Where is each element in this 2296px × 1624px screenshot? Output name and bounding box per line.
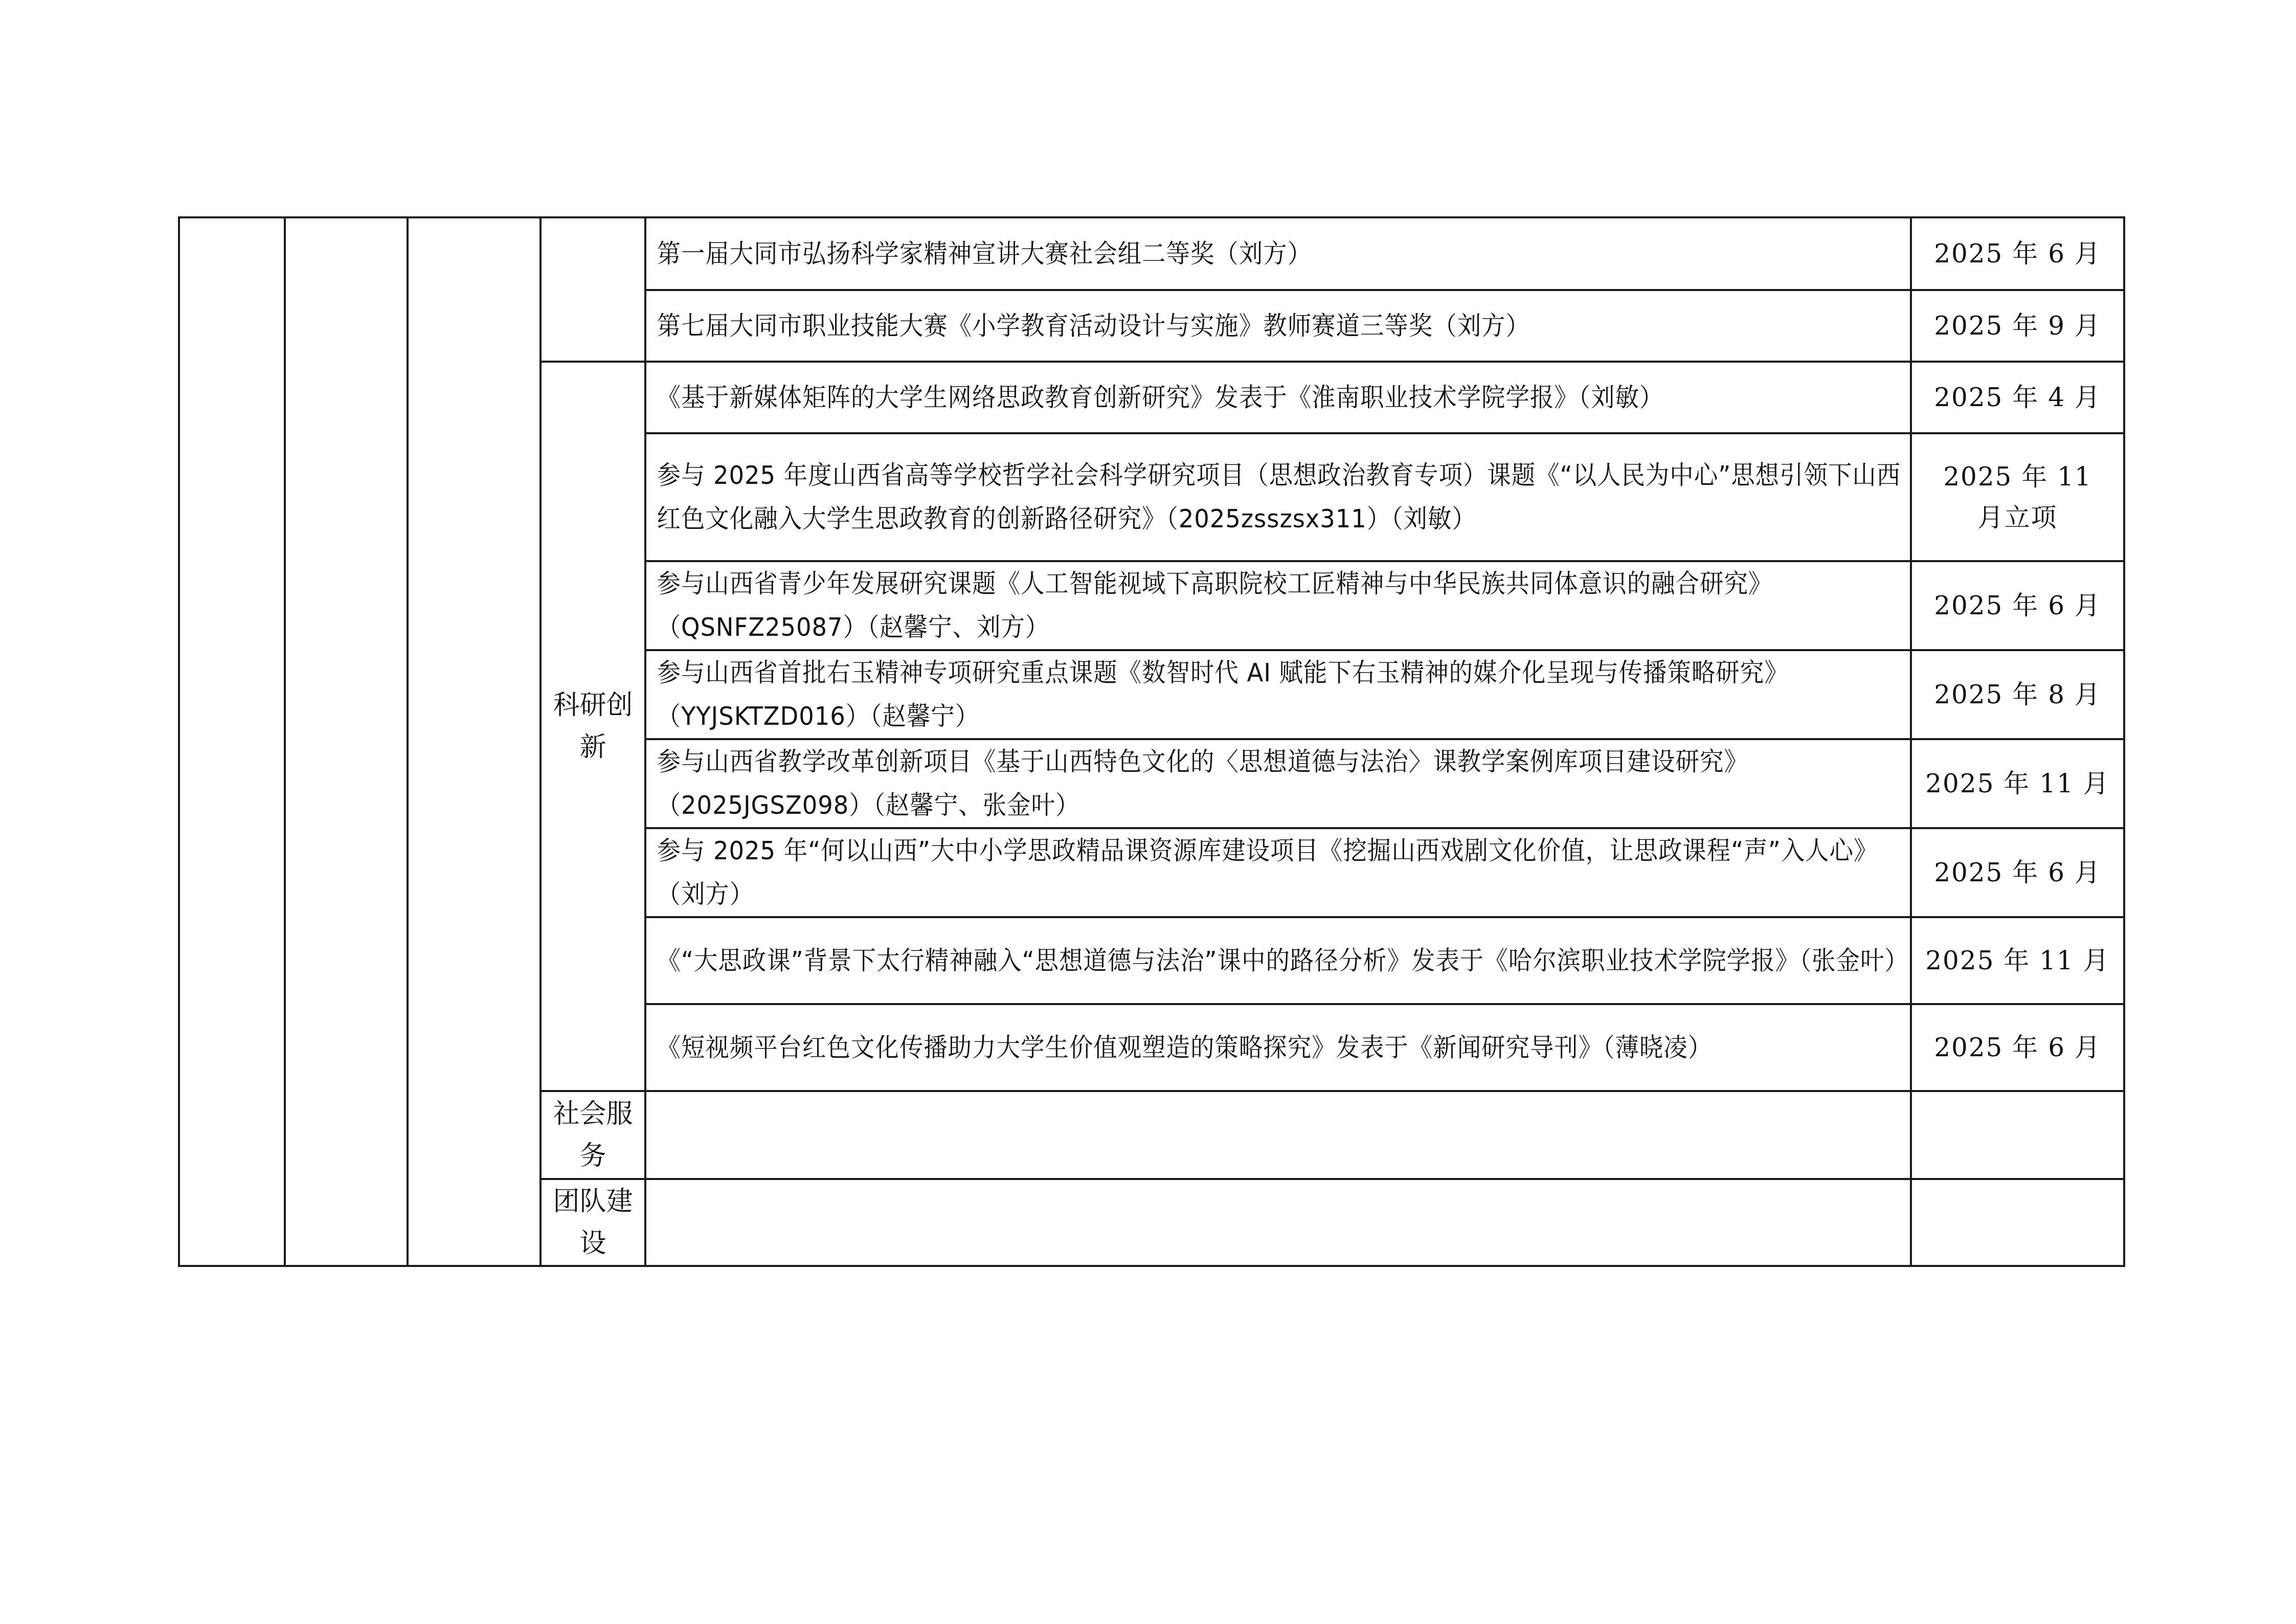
achievement-cell: 参与 2025 年“何以山西”大中小学思政精品课资源库建设项目《挖掘山西戏剧文化… [645, 828, 1911, 917]
achievement-cell: 《“大思政课”背景下太行精神融入“思想道德与法治”课中的路径分析》发表于《哈尔滨… [645, 917, 1911, 1004]
date-cell: 2025 年 11 月 [1911, 739, 2124, 828]
category-cell-research: 科研创新 [541, 362, 645, 1091]
date-cell: 2025 年 6 月 [1911, 217, 2124, 290]
achievement-cell: 参与山西省教学改革创新项目《基于山西特色文化的〈思想道德与法治〉课教学案例库项目… [645, 739, 1911, 828]
date-cell: 2025 年 11 月 [1911, 917, 2124, 1004]
blank-column-1 [179, 217, 285, 1266]
document-page: 第一届大同市弘扬科学家精神宣讲大赛社会组二等奖（刘方） 2025 年 6 月 第… [0, 0, 2296, 1624]
category-cell-social-service: 社会服务 [541, 1091, 645, 1179]
blank-column-2 [285, 217, 408, 1266]
achievement-cell: 第七届大同市职业技能大赛《小学教育活动设计与实施》教师赛道三等奖（刘方） [645, 290, 1911, 362]
blank-column-3 [408, 217, 541, 1266]
date-cell: 2025 年 6 月 [1911, 1004, 2124, 1091]
date-cell: 2025 年 8 月 [1911, 650, 2124, 739]
date-cell: 2025 年 11 月立项 [1911, 433, 2124, 561]
category-cell-team-building: 团队建设 [541, 1179, 645, 1266]
achievements-table: 第一届大同市弘扬科学家精神宣讲大赛社会组二等奖（刘方） 2025 年 6 月 第… [178, 216, 2125, 1267]
achievement-cell: 参与山西省青少年发展研究课题《人工智能视域下高职院校工匠精神与中华民族共同体意识… [645, 561, 1911, 650]
achievement-cell-empty [645, 1091, 1911, 1179]
achievement-cell: 参与 2025 年度山西省高等学校哲学社会科学研究项目（思想政治教育专项）课题《… [645, 433, 1911, 561]
achievement-cell-empty [645, 1179, 1911, 1266]
achievement-cell: 第一届大同市弘扬科学家精神宣讲大赛社会组二等奖（刘方） [645, 217, 1911, 290]
achievement-cell: 《基于新媒体矩阵的大学生网络思政教育创新研究》发表于《淮南职业技术学院学报》（刘… [645, 362, 1911, 433]
table-row: 第一届大同市弘扬科学家精神宣讲大赛社会组二等奖（刘方） 2025 年 6 月 [179, 217, 2124, 290]
date-cell-empty [1911, 1179, 2124, 1266]
date-cell: 2025 年 9 月 [1911, 290, 2124, 362]
category-cell-continued [541, 217, 645, 362]
date-cell: 2025 年 6 月 [1911, 828, 2124, 917]
achievement-cell: 参与山西省首批右玉精神专项研究重点课题《数智时代 AI 赋能下右玉精神的媒介化呈… [645, 650, 1911, 739]
achievement-cell: 《短视频平台红色文化传播助力大学生价值观塑造的策略探究》发表于《新闻研究导刊》（… [645, 1004, 1911, 1091]
date-cell: 2025 年 6 月 [1911, 561, 2124, 650]
date-cell-empty [1911, 1091, 2124, 1179]
date-cell: 2025 年 4 月 [1911, 362, 2124, 433]
